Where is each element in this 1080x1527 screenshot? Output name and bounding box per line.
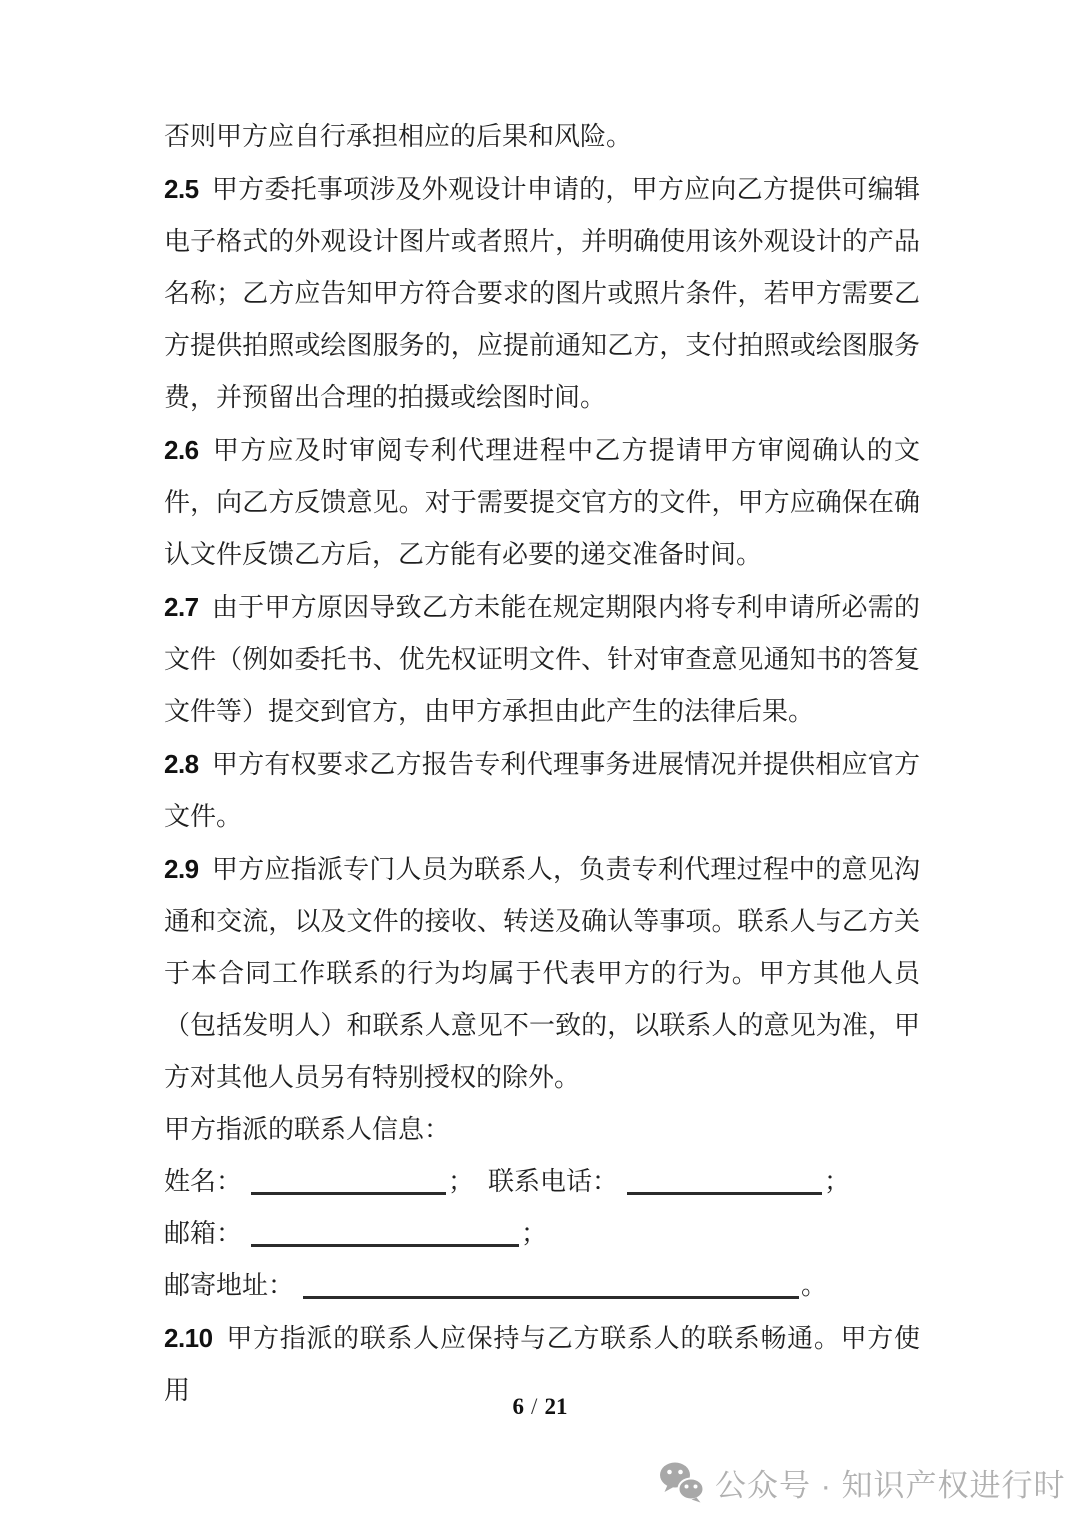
page-total: 21	[544, 1394, 567, 1419]
document-body: 否则甲方应自行承担相应的后果和风险。 2.5甲方委托事项涉及外观设计申请的，甲方…	[164, 111, 920, 1417]
clause-number: 2.9	[164, 854, 199, 884]
contact-info-heading: 甲方指派的联系人信息：	[164, 1104, 920, 1156]
clause-text: 甲方委托事项涉及外观设计申请的，甲方应向乙方提供可编辑电子格式的外观设计图片或者…	[164, 175, 920, 412]
clause-number: 2.8	[164, 749, 199, 779]
clause-text: 由于甲方原因导致乙方未能在规定期限内将专利申请所必需的文件（例如委托书、优先权证…	[164, 593, 920, 726]
clause-text: 甲方指派的联系人应保持与乙方联系人的联系畅通。甲方使用	[164, 1324, 920, 1405]
address-blank-field	[303, 1266, 799, 1299]
clause-2-6: 2.6甲方应及时审阅专利代理进程中乙方提请甲方审阅确认的文件，向乙方反馈意见。对…	[164, 424, 920, 581]
email-blank-field	[251, 1214, 519, 1247]
contact-email-row: 邮箱：；	[164, 1208, 920, 1260]
address-terminator: 。	[801, 1271, 827, 1300]
clause-text: 甲方有权要求乙方报告专利代理事务进展情况并提供相应官方文件。	[164, 750, 920, 831]
clause-2-8: 2.8甲方有权要求乙方报告专利代理事务进展情况并提供相应官方文件。	[164, 738, 920, 843]
document-page: 否则甲方应自行承担相应的后果和风险。 2.5甲方委托事项涉及外观设计申请的，甲方…	[0, 0, 1080, 1527]
name-label: 姓名：	[164, 1167, 242, 1196]
clause-text: 甲方应指派专门人员为联系人，负责专利代理过程中的意见沟通和交流，以及文件的接收、…	[164, 855, 920, 1092]
clause-number: 2.5	[164, 174, 199, 204]
clause-number: 2.10	[164, 1323, 213, 1353]
email-label: 邮箱：	[164, 1219, 242, 1248]
clause-text: 否则甲方应自行承担相应的后果和风险。	[164, 122, 632, 151]
wechat-watermark: 公众号 · 知识产权进行时	[658, 1456, 1066, 1508]
contact-name-phone-row: 姓名：；联系电话：；	[164, 1156, 920, 1208]
email-separator: ；	[521, 1219, 547, 1248]
clause-2-5: 2.5甲方委托事项涉及外观设计申请的，甲方应向乙方提供可编辑电子格式的外观设计图…	[164, 163, 920, 424]
phone-separator: ；	[824, 1167, 850, 1196]
address-label: 邮寄地址：	[164, 1271, 294, 1300]
page-indicator: 6/21	[0, 1394, 1080, 1420]
name-blank-field	[251, 1162, 446, 1195]
watermark-text: 公众号 · 知识产权进行时	[715, 1460, 1066, 1505]
phone-label: 联系电话：	[488, 1167, 618, 1196]
clause-text: 甲方应及时审阅专利代理进程中乙方提请甲方审阅确认的文件，向乙方反馈意见。对于需要…	[164, 436, 920, 569]
phone-blank-field	[627, 1162, 822, 1195]
clause-continuation-line: 否则甲方应自行承担相应的后果和风险。	[164, 111, 920, 163]
name-separator: ；	[448, 1167, 474, 1196]
page-current: 6	[513, 1394, 525, 1419]
clause-2-9: 2.9甲方应指派专门人员为联系人，负责专利代理过程中的意见沟通和交流，以及文件的…	[164, 843, 920, 1104]
wechat-icon	[658, 1461, 704, 1503]
clause-number: 2.6	[164, 435, 199, 465]
clause-number: 2.7	[164, 592, 199, 622]
page-separator: /	[531, 1394, 537, 1419]
clause-2-7: 2.7由于甲方原因导致乙方未能在规定期限内将专利申请所必需的文件（例如委托书、优…	[164, 581, 920, 738]
contact-address-row: 邮寄地址：。	[164, 1260, 920, 1312]
